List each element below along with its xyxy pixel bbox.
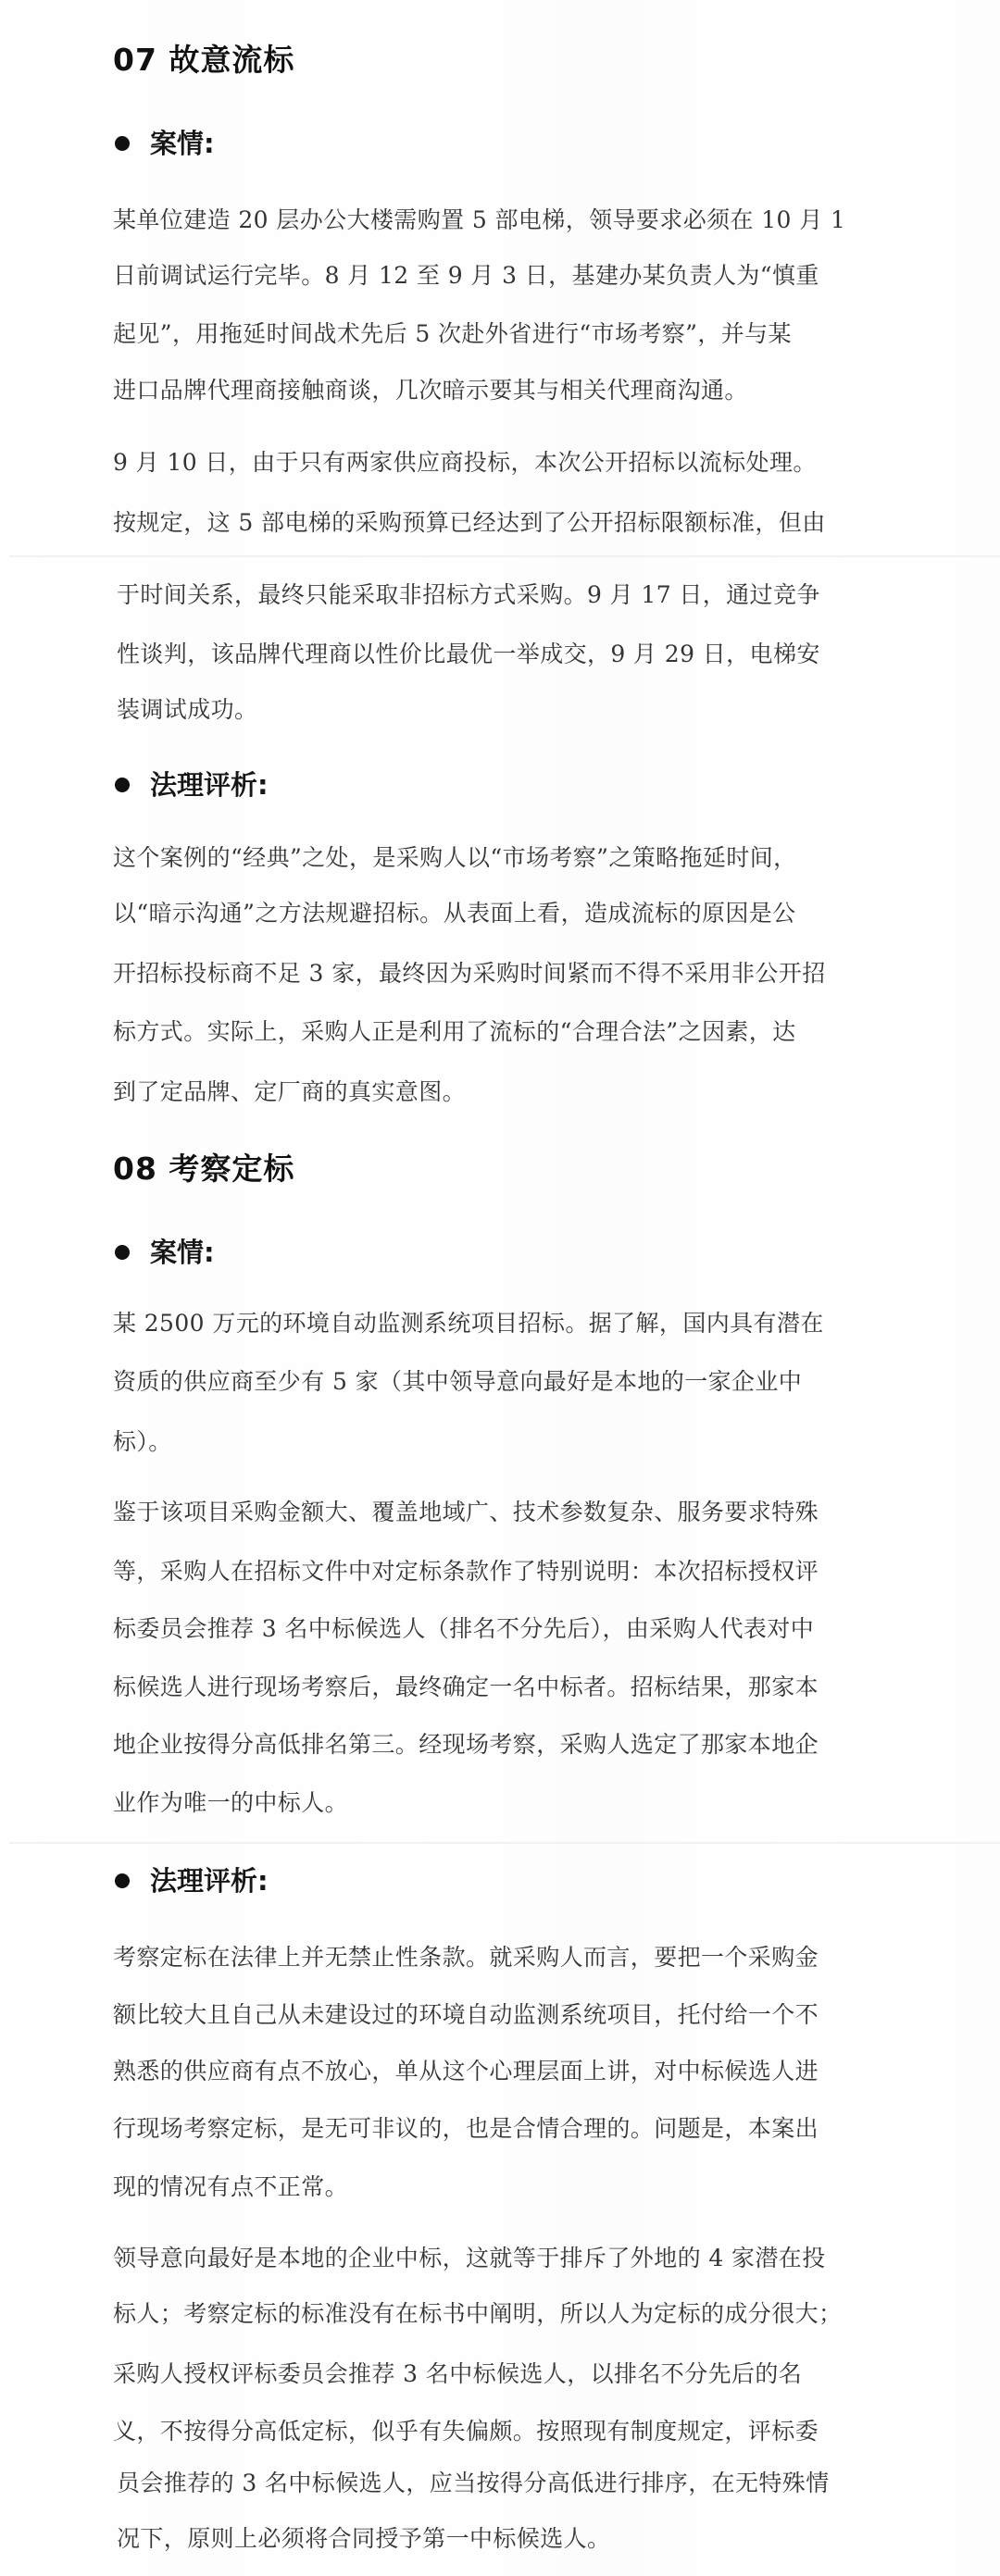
paragraph-line: 这个案例的“经典”之处，是采购人以“市场考察”之策略拖延时间， xyxy=(113,841,891,875)
paragraph-line: 行现场考察定标，是无可非议的，也是合情合理的。问题是，本案出 xyxy=(113,2112,891,2146)
case-heading-label: 案情: xyxy=(150,1234,215,1271)
paragraph-line: 熟悉的供应商有点不放心，单从这个心理层面上讲，对中标候选人进 xyxy=(113,2055,891,2088)
paragraph-line: 按规定，这 5 部电梯的采购预算已经达到了公开招标限额标准，但由 xyxy=(113,506,891,540)
paragraph-line: 员会推荐的 3 名中标候选人，应当按得分高低进行排序，在无特殊情 xyxy=(117,2467,894,2500)
paragraph-line: 起见”，用拖延时间战术先后 5 次赴外省进行“市场考察”，并与某 xyxy=(113,317,891,351)
case-heading-08: 案情: xyxy=(115,1234,215,1271)
analysis-heading-label: 法理评析: xyxy=(150,1862,269,1899)
paragraph-line: 装调试成功。 xyxy=(117,693,894,727)
paragraph-line: 地企业按得分高低排名第三。经现场考察，采购人选定了那家本地企 xyxy=(113,1728,891,1761)
case-heading-07: 案情: xyxy=(115,125,215,162)
paragraph-line: 以“暗示沟通”之方法规避招标。从表面上看，造成流标的原因是公 xyxy=(113,897,891,930)
section-title-07: 07 故意流标 xyxy=(113,40,294,81)
case-heading-label: 案情: xyxy=(150,125,215,162)
image-seam-divider xyxy=(9,555,1000,557)
bullet-icon xyxy=(115,1245,130,1260)
bullet-icon xyxy=(115,1873,130,1888)
paragraph-line: 标人；考察定标的标准没有在标书中阐明，所以人为定标的成分很大； xyxy=(113,2297,891,2331)
paragraph-line: 于时间关系，最终只能采取非招标方式采购。9 月 17 日，通过竞争 xyxy=(117,579,894,612)
paragraph-line: 考察定标在法律上并无禁止性条款。就采购人而言，要把一个采购金 xyxy=(113,1941,891,1974)
paragraph-line: 开招标投标商不足 3 家，最终因为采购时间紧而不得不采用非公开招 xyxy=(113,957,891,990)
paragraph-line: 资质的供应商至少有 5 家（其中领导意向最好是本地的一家企业中 xyxy=(113,1365,891,1399)
paragraph-line: 标候选人进行现场考察后，最终确定一名中标者。招标结果，那家本 xyxy=(113,1671,891,1704)
paragraph-line: 某 2500 万元的环境自动监测系统项目招标。据了解，国内具有潜在 xyxy=(113,1307,891,1340)
analysis-heading-label: 法理评析: xyxy=(150,766,269,803)
article-page: 07 故意流标 案情: 某单位建造 20 层办公大楼需购置 5 部电梯，领导要求… xyxy=(0,0,1000,2576)
analysis-heading-08: 法理评析: xyxy=(115,1862,269,1899)
bullet-icon xyxy=(115,778,130,792)
paragraph-line: 业作为唯一的中标人。 xyxy=(113,1786,891,1820)
image-seam-divider xyxy=(9,1842,1000,1844)
paragraph-line: 标方式。实际上，采购人正是利用了流标的“合理合法”之因素，达 xyxy=(113,1015,891,1049)
section-title-08: 08 考察定标 xyxy=(113,1149,294,1189)
paragraph-line: 日前调试运行完毕。8 月 12 至 9 月 3 日，基建办某负责人为“慎重 xyxy=(113,259,891,292)
paragraph-line: 鉴于该项目采购金额大、覆盖地域广、技术参数复杂、服务要求特殊 xyxy=(113,1496,891,1529)
paragraph-line: 进口品牌代理商接触商谈，几次暗示要其与相关代理商沟通。 xyxy=(113,374,891,407)
paragraph-line: 等，采购人在招标文件中对定标条款作了特别说明：本次招标授权评 xyxy=(113,1555,891,1588)
paragraph-line: 标委员会推荐 3 名中标候选人（排名不分先后），由采购人代表对中 xyxy=(113,1612,891,1646)
paragraph-line: 义，不按得分高低定标，似乎有失偏颇。按照现有制度规定，评标委 xyxy=(113,2415,891,2448)
paragraph-line: 标）。 xyxy=(113,1425,891,1459)
bullet-icon xyxy=(115,136,130,151)
paragraph-line: 9 月 10 日，由于只有两家供应商投标，本次公开招标以流标处理。 xyxy=(113,446,891,479)
paragraph-line: 现的情况有点不正常。 xyxy=(113,2171,891,2204)
paragraph-line: 性谈判，该品牌代理商以性价比最优一举成交，9 月 29 日，电梯安 xyxy=(117,638,894,671)
paragraph-line: 况下，原则上必须将合同授予第一中标候选人。 xyxy=(117,2522,894,2556)
paragraph-line: 领导意向最好是本地的企业中标，这就等于排斥了外地的 4 家潜在投 xyxy=(113,2242,891,2275)
paragraph-line: 额比较大且自己从未建设过的环境自动监测系统项目，托付给一个不 xyxy=(113,1998,891,2032)
paragraph-line: 采购人授权评标委员会推荐 3 名中标候选人，以排名不分先后的名 xyxy=(113,2358,891,2391)
paragraph-line: 某单位建造 20 层办公大楼需购置 5 部电梯，领导要求必须在 10 月 1 xyxy=(113,204,891,237)
analysis-heading-07: 法理评析: xyxy=(115,766,269,803)
paragraph-line: 到了定品牌、定厂商的真实意图。 xyxy=(113,1076,891,1109)
